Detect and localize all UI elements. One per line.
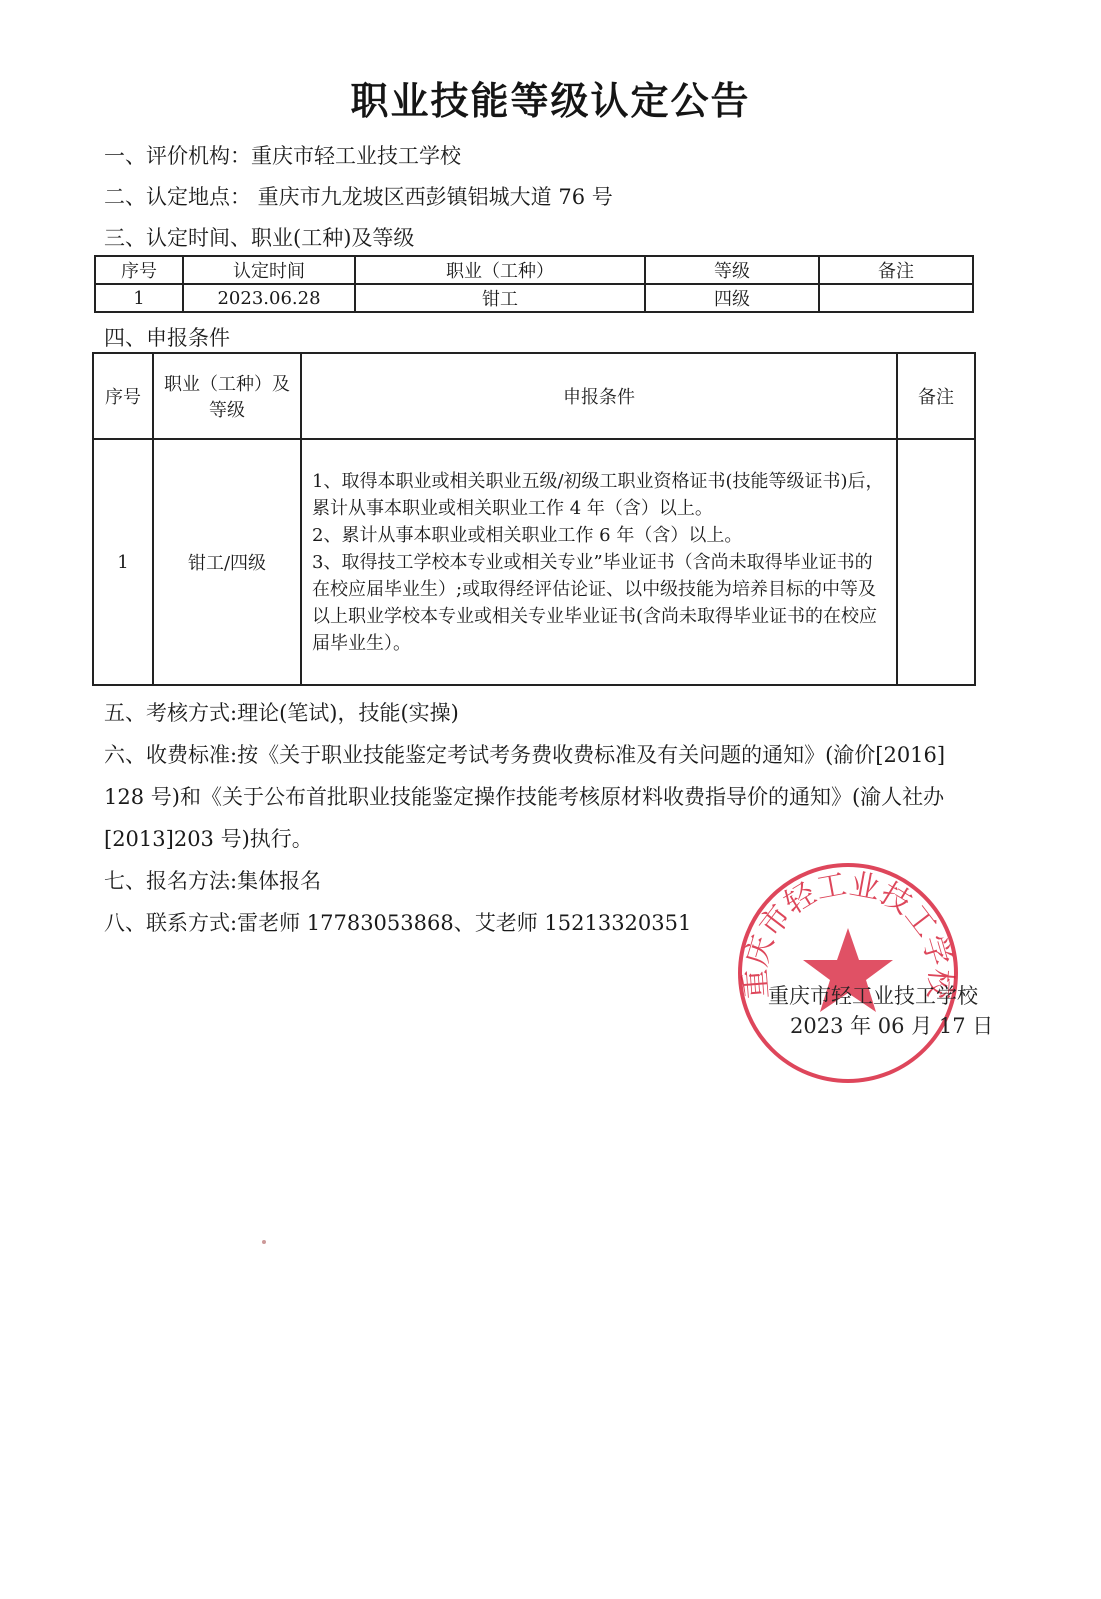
cell-job: 钳工 xyxy=(355,284,645,312)
section-assessment: 五、考核方式:理论(笔试)，技能(实操) xyxy=(104,697,459,727)
section-registration: 七、报名方法:集体报名 xyxy=(104,865,321,895)
cell-job-level: 钳工/四级 xyxy=(153,439,301,685)
section-time-heading: 三、认定时间、职业(工种)及等级 xyxy=(104,222,414,252)
header-note: 备注 xyxy=(897,353,975,439)
header-job-level: 职业（工种）及等级 xyxy=(153,353,301,439)
scan-speck xyxy=(262,1240,266,1244)
cell-no: 1 xyxy=(93,439,153,685)
section-contact: 八、联系方式:雷老师 17783053868、艾老师 15213320351 xyxy=(104,907,691,937)
cell-note xyxy=(897,439,975,685)
table-row: 1 钳工/四级 1、取得本职业或相关职业五级/初级工职业资格证书(技能等级证书)… xyxy=(93,439,975,685)
section-fees-line1: 六、收费标准:按《关于职业技能鉴定考试考务费收费标准及有关问题的通知》(渝价[2… xyxy=(104,739,945,769)
header-no: 序号 xyxy=(93,353,153,439)
signature-org: 重庆市轻工业技工学校 xyxy=(768,980,978,1010)
header-conditions: 申报条件 xyxy=(301,353,897,439)
section-fees-line2: 128 号)和《关于公布首批职业技能鉴定操作技能考核原材料收费指导价的通知》(渝… xyxy=(104,781,944,811)
cell-conditions: 1、取得本职业或相关职业五级/初级工职业资格证书(技能等级证书)后，累计从事本职… xyxy=(301,439,897,685)
section-location: 二、认定地点： 重庆市九龙坡区西彭镇铝城大道 76 号 xyxy=(104,181,613,211)
header-note: 备注 xyxy=(819,256,973,284)
table-header-row: 序号 认定时间 职业（工种） 等级 备注 xyxy=(95,256,973,284)
cell-no: 1 xyxy=(95,284,183,312)
condition-3: 3、取得技工学校本专业或相关专业”毕业证书（含尚未取得毕业证书的在校应届毕业生）… xyxy=(312,549,886,657)
signature-date: 2023 年 06 月 17 日 xyxy=(790,1010,993,1040)
header-no: 序号 xyxy=(95,256,183,284)
condition-2: 2、累计从事本职业或相关职业工作 6 年（含）以上。 xyxy=(312,522,886,549)
requirements-table: 序号 职业（工种）及等级 申报条件 备注 1 钳工/四级 1、取得本职业或相关职… xyxy=(92,352,976,686)
cell-note xyxy=(819,284,973,312)
header-job: 职业（工种） xyxy=(355,256,645,284)
page-title: 职业技能等级认定公告 xyxy=(0,70,1101,125)
section-requirements-heading: 四、申报条件 xyxy=(104,322,230,352)
header-level: 等级 xyxy=(645,256,819,284)
cell-level: 四级 xyxy=(645,284,819,312)
table-header-row: 序号 职业（工种）及等级 申报条件 备注 xyxy=(93,353,975,439)
schedule-table: 序号 认定时间 职业（工种） 等级 备注 1 2023.06.28 钳工 四级 xyxy=(94,255,974,313)
section-fees-line3: [2013]203 号)执行。 xyxy=(104,823,313,853)
condition-1: 1、取得本职业或相关职业五级/初级工职业资格证书(技能等级证书)后，累计从事本职… xyxy=(312,468,886,522)
table-row: 1 2023.06.28 钳工 四级 xyxy=(95,284,973,312)
header-date: 认定时间 xyxy=(183,256,355,284)
section-evaluator: 一、评价机构：重庆市轻工业技工学校 xyxy=(104,140,461,170)
cell-date: 2023.06.28 xyxy=(183,284,355,312)
official-seal-icon: 重庆市轻工业技工学校 xyxy=(735,860,961,1086)
